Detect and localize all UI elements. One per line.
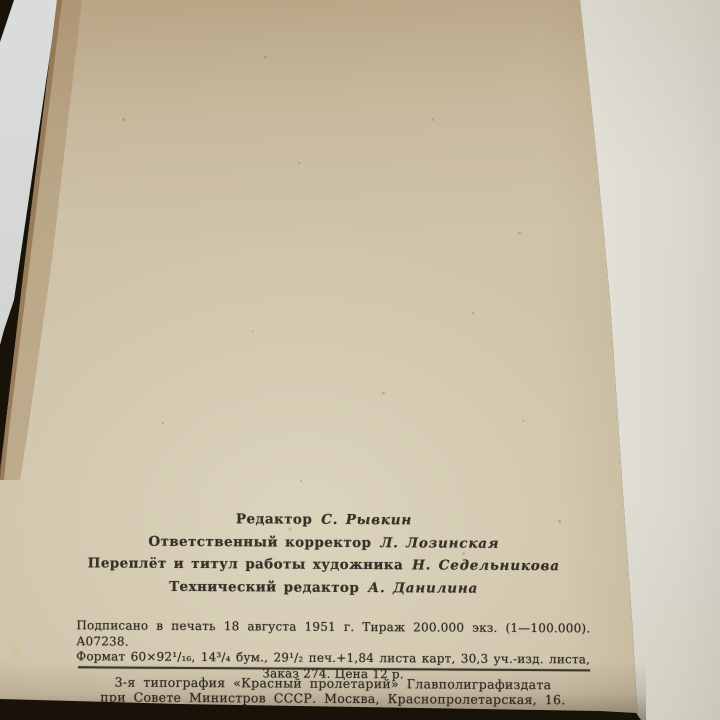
editor-name: Н. Седельникова xyxy=(412,558,560,575)
editors-block: РедакторС. Рывкин Ответственный корректо… xyxy=(84,507,565,601)
editor-line: Ответственный корректорЛ. Лозинская xyxy=(84,530,564,556)
editor-line: РедакторС. Рывкин xyxy=(84,507,564,533)
editor-line: Переплёт и титул работы художникаН. Седе… xyxy=(84,553,564,579)
editor-role: Ответственный корректор xyxy=(148,533,371,550)
editor-line: Технический редакторА. Данилина xyxy=(84,575,564,601)
editor-role: Переплёт и титул работы художника xyxy=(88,556,404,574)
editor-role: Редактор xyxy=(236,511,312,527)
colophon-text: РедакторС. Рывкин Ответственный корректо… xyxy=(0,0,720,720)
editor-name: Л. Лозинская xyxy=(380,535,499,552)
editor-role: Технический редактор xyxy=(169,579,359,596)
editor-name: С. Рывкин xyxy=(321,512,412,529)
book-photo: РедакторС. Рывкин Ответственный корректо… xyxy=(0,0,720,720)
editor-name: А. Данилина xyxy=(368,580,478,597)
imprint-line: Подписано в печать 18 августа 1951 г. Ти… xyxy=(76,618,590,652)
